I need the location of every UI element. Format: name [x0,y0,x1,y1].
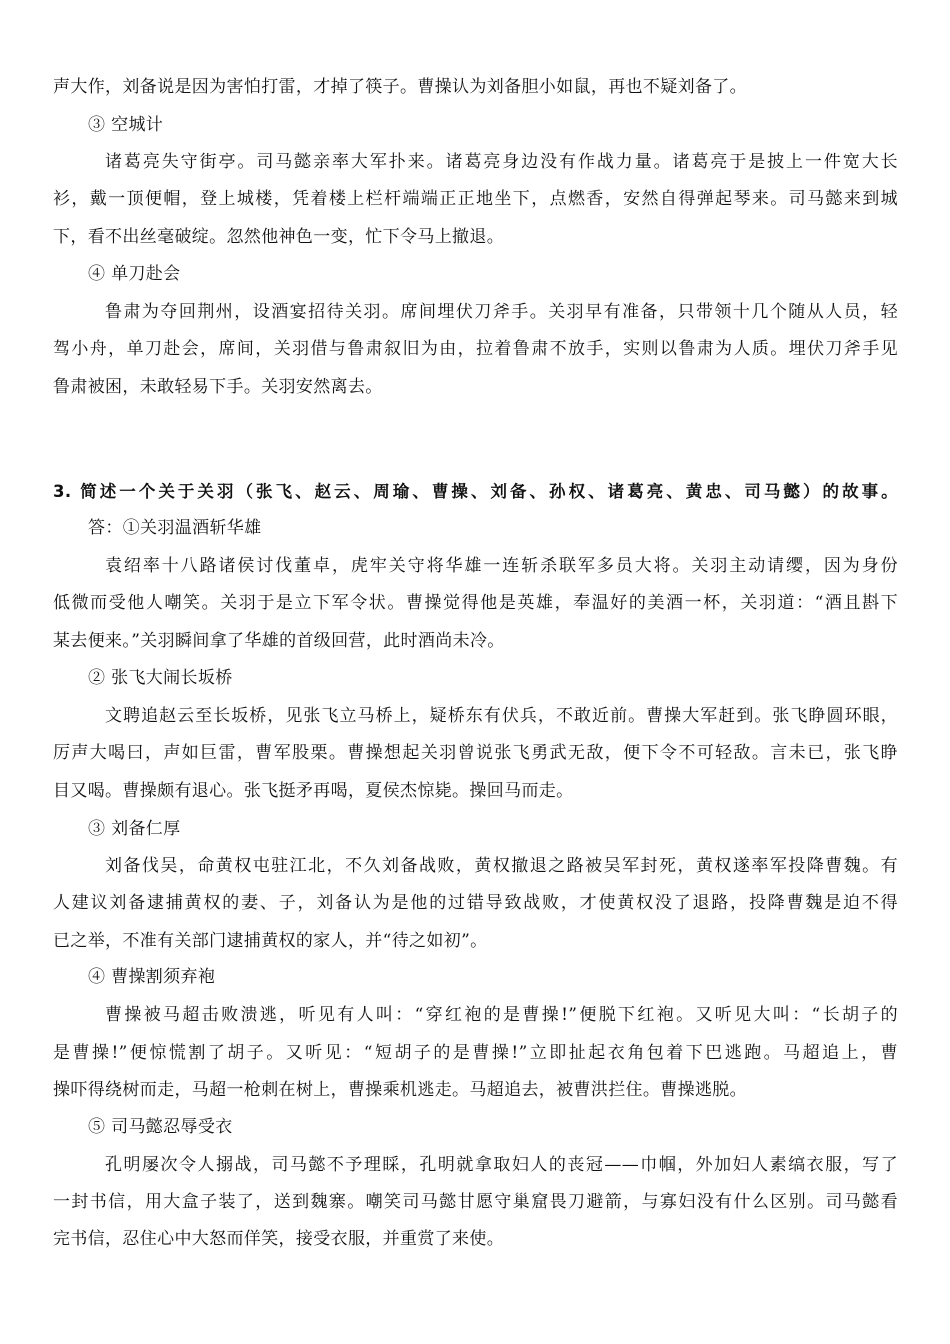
story-line: 某去便来。”关羽瞬间拿了华雄的首级回营，此时酒尚未冷。 [53,630,898,652]
story-title-kongchengji: ③ 空城计 [88,114,898,136]
story-line: 文聘追赵云至长坂桥，见张飞立马桥上，疑桥东有伏兵，不敢近前。曹操大军赶到。张飞睁… [105,705,898,727]
story-line: 驾小舟，单刀赴会，席间，关羽借与鲁肃叙旧为由，拉着鲁肃不放手，实则以鲁肃为人质。… [53,338,898,360]
document-page: 声大作，刘备说是因为害怕打雷，才掉了筷子。曹操认为刘备胆小如鼠，再也不疑刘备了。… [0,0,950,1344]
story-line: 人建议刘备逮捕黄权的妻、子，刘备认为是他的过错导致战败，才使黄权没了退路，投降曹… [53,892,898,914]
question-heading: 3. 简述一个关于关羽（张飞、赵云、周瑜、曹操、刘备、孙权、诸葛亮、黄忠、司马懿… [53,481,898,503]
story-line: 低微而受他人嘲笑。关羽于是立下军令状。曹操觉得他是英雄，奉温好的美酒一杯，关羽道… [53,592,898,614]
story-line: 刘备伐吴，命黄权屯驻江北，不久刘备战败，黄权撤退之路被吴军封死，黄权遂率军投降曹… [105,855,898,877]
answer-story-title: 答：①关羽温酒斩华雄 [88,517,898,539]
story-line: 一封书信，用大盒子装了，送到魏寨。嘲笑司马懿甘愿守巢窟畏刀避箭，与寡妇没有什么区… [53,1191,898,1213]
story-line: 下，看不出丝毫破绽。忽然他神色一变，忙下令马上撤退。 [53,226,898,248]
story-title-changbanqiao: ② 张飞大闹长坂桥 [88,667,898,689]
story-line: 已之举，不准有关部门逮捕黄权的家人，并“待之如初”。 [53,930,898,952]
story-line: 诸葛亮失守街亭。司马懿亲率大军扑来。诸葛亮身边没有作战力量。诸葛亮于是披上一件宽… [105,151,898,173]
story-line: 孔明屡次令人搦战，司马懿不予理睬，孔明就拿取妇人的丧冠——巾帼，外加妇人素缟衣服… [105,1154,898,1176]
story-line: 操吓得绕树而走，马超一枪刺在树上，曹操乘机逃走。马超追去，被曹洪拦住。曹操逃脱。 [53,1079,898,1101]
story-line: 曹操被马超击败溃逃，听见有人叫：“穿红袍的是曹操!”便脱下红袍。又听见大叫：“长… [105,1004,898,1026]
story-line: 衫，戴一顶便帽，登上城楼，凭着楼上栏杆端端正正地坐下，点燃香，安然自得弹起琴来。… [53,188,898,210]
story-title-simayi: ⑤ 司马懿忍辱受衣 [88,1116,898,1138]
story-line: 厉声大喝曰，声如巨雷，曹军股栗。曹操想起关羽曾说张飞勇武无敌，便下令不可轻敌。言… [53,742,898,764]
story-line: 是曹操!”便惊慌割了胡子。又听见：“短胡子的是曹操!”立即扯起衣角包着下巴逃跑。… [53,1042,898,1064]
story-title-dandaofuhui: ④ 单刀赴会 [88,263,898,285]
story-title-caocao: ④ 曹操割须弃袍 [88,966,898,988]
story-title-liubei: ③ 刘备仁厚 [88,818,898,840]
paragraph-tail-line: 声大作，刘备说是因为害怕打雷，才掉了筷子。曹操认为刘备胆小如鼠，再也不疑刘备了。 [53,76,898,98]
story-line: 完书信，忍住心中大怒而佯笑，接受衣服，并重赏了来使。 [53,1228,898,1250]
story-line: 鲁肃被困，未敢轻易下手。关羽安然离去。 [53,376,898,398]
story-line: 目又喝。曹操颇有退心。张飞挺矛再喝，夏侯杰惊毙。操回马而走。 [53,780,898,802]
story-line: 袁绍率十八路诸侯讨伐董卓，虎牢关守将华雄一连斩杀联军多员大将。关羽主动请缨，因为… [105,555,898,577]
story-line: 鲁肃为夺回荆州，设酒宴招待关羽。席间埋伏刀斧手。关羽早有准备，只带领十几个随从人… [105,301,898,323]
